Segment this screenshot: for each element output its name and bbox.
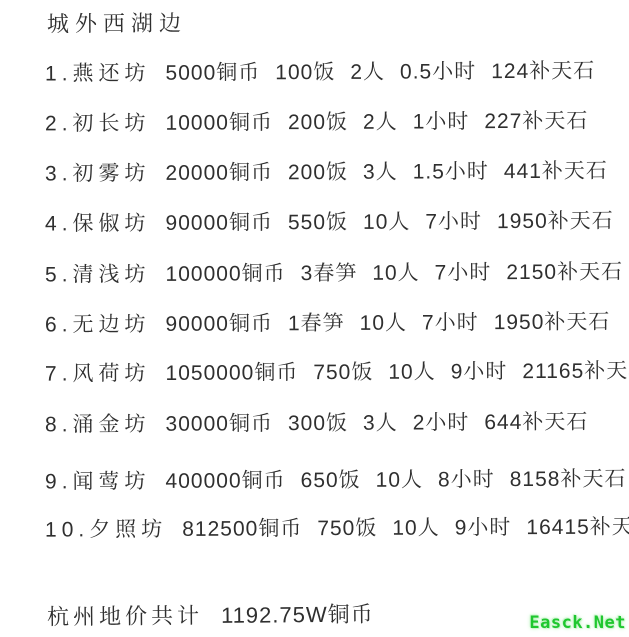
stone-value: 124补天石 <box>491 55 595 86</box>
people-value: 10人 <box>376 464 424 494</box>
total-summary: 杭州地价共计 1192.75W铜币 <box>47 598 374 632</box>
list-item: 9.闻莺坊 400000铜币 650饭 10人 8小时 8158补天石 <box>45 462 627 495</box>
site-watermark: Easck.Net <box>529 613 626 633</box>
list-item: 3.初雾坊 20000铜币 200饭 3人 1.5小时 441补天石 <box>45 155 608 188</box>
food-value: 1春笋 <box>288 307 345 337</box>
people-value: 2人 <box>350 56 385 86</box>
time-value: 9小时 <box>455 511 512 541</box>
stone-value: 644补天石 <box>484 406 588 437</box>
food-value: 750饭 <box>313 356 373 386</box>
row-number-name: 2.初长坊 <box>45 107 151 138</box>
time-value: 1小时 <box>413 105 470 135</box>
people-value: 3人 <box>363 156 398 186</box>
row-number-name: 5.清浅坊 <box>45 258 151 289</box>
row-number-name: 4.保俶坊 <box>45 207 151 238</box>
handwritten-note-page: 城外西湖边 1.燕还坊 5000铜币 100饭 2人 0.5小时 124补天石 … <box>0 0 629 637</box>
page-title: 城外西湖边 <box>47 7 187 39</box>
cost-value: 30000铜币 <box>165 407 273 438</box>
total-label: 杭州地价共计 <box>47 599 203 631</box>
list-item: 5.清浅坊 100000铜币 3春笋 10人 7小时 2150补天石 <box>45 255 623 288</box>
cost-value: 400000铜币 <box>165 464 285 495</box>
time-value: 1.5小时 <box>413 155 489 185</box>
food-value: 550饭 <box>288 206 348 236</box>
time-value: 9小时 <box>451 355 508 385</box>
list-item: 1.燕还坊 5000铜币 100饭 2人 0.5小时 124补天石 <box>45 55 595 88</box>
list-item: 10.夕照坊 812500铜币 750饭 10人 9小时 16415补天石 <box>45 510 629 543</box>
list-item: 2.初长坊 10000铜币 200饭 2人 1小时 227补天石 <box>45 105 589 138</box>
people-value: 3人 <box>363 407 398 437</box>
stone-value: 21165补天石 <box>522 354 629 385</box>
food-value: 200饭 <box>288 106 348 136</box>
stone-value: 227补天石 <box>484 105 588 136</box>
time-value: 7小时 <box>435 256 492 286</box>
row-number-name: 8.涌金坊 <box>45 408 151 439</box>
cost-value: 1050000铜币 <box>165 356 298 387</box>
food-value: 3春笋 <box>301 257 358 287</box>
food-value: 100饭 <box>275 56 335 86</box>
stone-value: 441补天石 <box>504 155 608 186</box>
cost-value: 5000铜币 <box>165 56 260 86</box>
food-value: 200饭 <box>288 156 348 186</box>
stone-value: 8158补天石 <box>510 462 627 493</box>
stone-value: 1950补天石 <box>494 306 611 337</box>
stone-value: 2150补天石 <box>506 255 623 286</box>
total-value: 1192.75W铜币 <box>221 598 374 630</box>
cost-value: 90000铜币 <box>165 307 273 338</box>
time-value: 8小时 <box>438 463 495 493</box>
people-value: 10人 <box>392 512 440 542</box>
row-number-name: 1.燕还坊 <box>45 57 151 88</box>
time-value: 7小时 <box>425 205 482 235</box>
cost-value: 100000铜币 <box>165 257 285 288</box>
cost-value: 812500铜币 <box>182 512 302 543</box>
list-item: 6.无边坊 90000铜币 1春笋 10人 7小时 1950补天石 <box>45 306 611 339</box>
food-value: 300饭 <box>288 407 348 437</box>
row-number-name: 6.无边坊 <box>45 308 151 339</box>
food-value: 650饭 <box>301 464 361 494</box>
cost-value: 10000铜币 <box>165 106 273 137</box>
cost-value: 90000铜币 <box>165 206 273 237</box>
row-number-name: 3.初雾坊 <box>45 157 151 188</box>
row-number-name: 9.闻莺坊 <box>45 465 151 496</box>
row-number-name: 7.风荷坊 <box>45 357 151 388</box>
people-value: 10人 <box>388 356 436 386</box>
stone-value: 1950补天石 <box>497 205 614 236</box>
stone-value: 16415补天石 <box>526 510 629 541</box>
row-number-name: 10.夕照坊 <box>45 513 167 544</box>
food-value: 750饭 <box>317 512 377 542</box>
people-value: 10人 <box>363 206 411 236</box>
list-item: 8.涌金坊 30000铜币 300饭 3人 2小时 644补天石 <box>45 406 589 439</box>
cost-value: 20000铜币 <box>165 156 273 187</box>
time-value: 0.5小时 <box>400 55 476 85</box>
time-value: 7小时 <box>422 306 479 336</box>
people-value: 10人 <box>360 307 408 337</box>
people-value: 2人 <box>363 106 398 136</box>
list-item: 7.风荷坊 1050000铜币 750饭 10人 9小时 21165补天石 <box>45 354 629 387</box>
people-value: 10人 <box>372 257 420 287</box>
time-value: 2小时 <box>413 406 470 436</box>
list-item: 4.保俶坊 90000铜币 550饭 10人 7小时 1950补天石 <box>45 205 614 238</box>
